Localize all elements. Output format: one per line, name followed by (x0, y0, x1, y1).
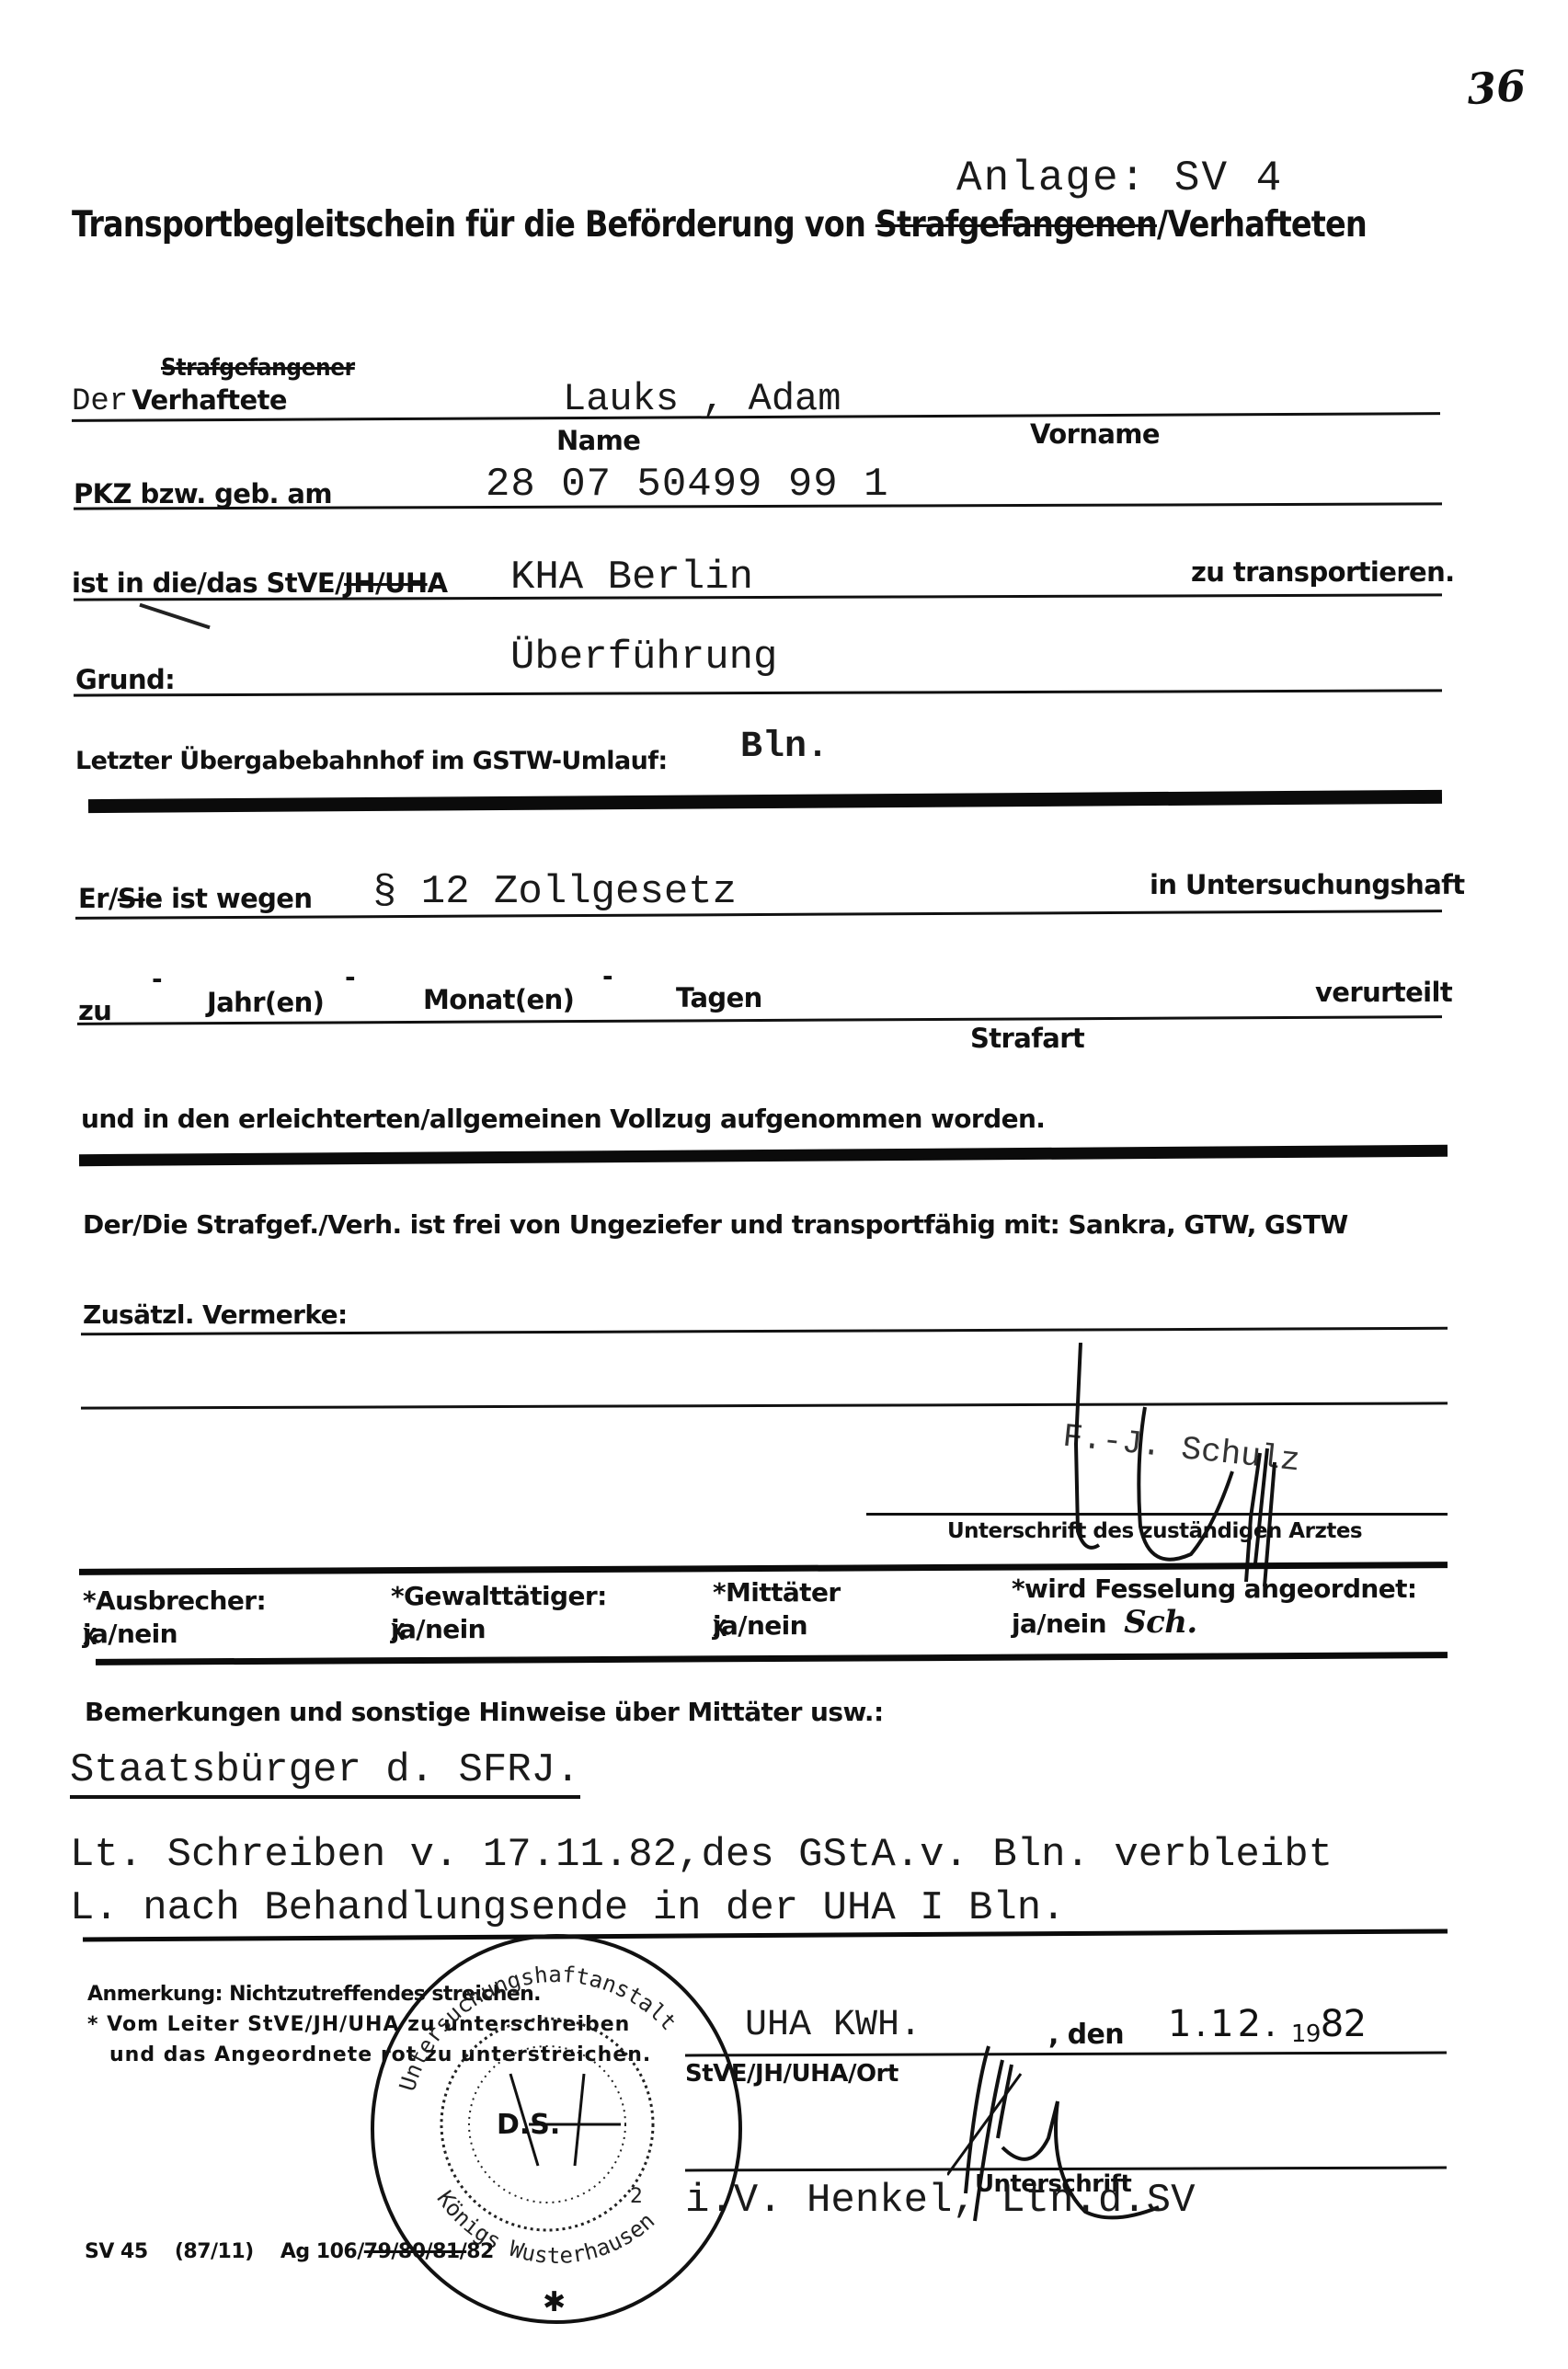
remarks-line-2[interactable]: Lt. Schreiben v. 17.11.82,des GStA.v. Bl… (70, 1832, 1333, 1878)
flag-violent: *Gewalttätiger: ja/nein (391, 1580, 607, 1646)
doctor-caption: Unterschrift des zuständigen Arztes (947, 1519, 1362, 1543)
remarks-line-1[interactable]: Staatsbürger d. SFRJ. (70, 1747, 580, 1799)
sentence-months-value[interactable]: - (345, 962, 355, 992)
flag-violent-label: *Gewalttätiger: (391, 1580, 607, 1613)
destination-label-suffix: A (428, 567, 448, 599)
flag-accomplice-no[interactable]: nein (747, 1610, 807, 1641)
last-station-label: Letzter Übergabebahnhof im GSTW-Umlauf: (75, 747, 668, 775)
firstname-caption: Vorname (1030, 418, 1160, 450)
flag-shackling-label: *wird Fesselung angeordnet: (1012, 1573, 1417, 1606)
title-prefix: Transportbegleitschein für die Beförderu… (72, 204, 876, 246)
pkz-label: PKZ bzw. geb. am (74, 478, 332, 509)
person-label-text: Verhaftete (132, 384, 287, 416)
flag-escape-risk-label: *Ausbrecher: (83, 1585, 266, 1618)
flag-accomplice-yes[interactable]: ja (713, 1609, 738, 1642)
place-date-line (685, 2052, 1447, 2057)
charge-suffix: in Untersuchungshaft (1150, 869, 1464, 900)
footnote-line-1: Anmerkung: Nichtzutreffendes streichen. (87, 1979, 651, 2009)
reason-label: Grund: (75, 664, 175, 695)
reason-line (74, 689, 1442, 696)
remarks-line-3[interactable]: L. nach Behandlungsende in der UHA I Bln… (70, 1885, 1066, 1931)
section-divider-2 (79, 1145, 1448, 1166)
pen-stroke-mark (139, 603, 210, 630)
transport-form-page: 36 Anlage: SV 4 Transportbegleitschein f… (0, 0, 1568, 2369)
regime-text: und in den erleichterten/allgemeinen Vol… (81, 1104, 1045, 1134)
charge-label-suffix: e ist wegen (145, 883, 313, 914)
destination-suffix: zu transportieren. (1191, 556, 1455, 588)
title-struck: Strafgefangenen (876, 204, 1157, 246)
destination-value[interactable]: KHA Berlin (510, 555, 753, 601)
health-text: Der/Die Strafgef./Verh. ist frei von Ung… (83, 1209, 1348, 1240)
form-code-ag: Ag 106/79/80/81/82 (280, 2240, 494, 2263)
charge-label-struck: Si (118, 883, 145, 914)
date-year: 82 (1321, 2003, 1367, 2045)
doctor-stamp-text: F.-J. Schulz (1061, 1418, 1302, 1481)
stamp-center-text: D.S. (497, 2109, 560, 2141)
place-caption: StVE/JH/UHA/Ort (685, 2060, 898, 2088)
section-divider-4 (96, 1652, 1448, 1665)
flag-violent-options[interactable]: ja/nein (391, 1613, 607, 1646)
date-year-prefix: 19 (1291, 2020, 1321, 2048)
person-struck-label: Strafgefangener (161, 354, 355, 382)
date-value[interactable]: 1.12. 1982 (1168, 2003, 1367, 2048)
flag-shackling-yes[interactable]: ja (1012, 1608, 1036, 1639)
additional-notes-label: Zusätzl. Vermerke: (83, 1299, 348, 1330)
last-station-value[interactable]: Bln. (740, 727, 829, 768)
sentence-type-caption: Strafart (970, 1023, 1084, 1054)
form-code: SV 45 (87/11) Ag 106/79/80/81/82 (85, 2240, 494, 2263)
additional-notes-line-2 (81, 1402, 1448, 1409)
flag-shackling: *wird Fesselung angeordnet: ja/nein Sch. (1012, 1573, 1417, 1641)
flag-shackling-initials: Sch. (1124, 1604, 1196, 1641)
sentence-days-value[interactable]: - (602, 961, 612, 991)
flag-escape-risk-yes[interactable]: ja (83, 1618, 108, 1651)
form-code-ag-prefix: Ag 106/ (280, 2240, 364, 2263)
page-title: Transportbegleitschein für die Beförderu… (72, 204, 1367, 246)
footnote-text-1: Nichtzutreffendes streichen. (229, 1983, 541, 2006)
pkz-value[interactable]: 28 07 50499 99 1 (486, 462, 888, 508)
footnote-line-2: * Vom Leiter StVE/JH/UHA zu unterschreib… (87, 2009, 651, 2040)
name-caption: Name (556, 425, 640, 456)
date-den: , den (1048, 2019, 1124, 2051)
form-code-ag-struck: 79/80/81/ (364, 2240, 466, 2263)
title-suffix: /Verhafteten (1157, 204, 1367, 246)
charge-label-prefix: Er/ (78, 883, 118, 914)
place-value[interactable]: UHA KWH. (745, 2005, 921, 2046)
stamp-number: 2 (630, 2185, 643, 2208)
reason-value[interactable]: Überführung (510, 635, 777, 681)
doctor-signature-line (866, 1513, 1448, 1516)
destination-label-struck: JH/UH (344, 567, 427, 599)
footnote-title: Anmerkung: (87, 1983, 223, 2006)
sentence-suffix: verurteilt (1315, 977, 1452, 1008)
flag-shackling-no[interactable]: nein (1046, 1608, 1106, 1639)
charge-value[interactable]: § 12 Zollgesetz (372, 869, 737, 915)
sentence-days-label: Tagen (676, 982, 762, 1013)
footnote-line-3: und das Angeordnete rot zu unterstreiche… (87, 2040, 651, 2070)
sentence-months-label: Monat(en) (423, 984, 574, 1015)
form-code-id: SV 45 (85, 2240, 148, 2263)
form-code-ag-suffix: 82 (466, 2240, 494, 2263)
person-label: Der Verhaftete (72, 384, 287, 419)
form-code-edition: (87/11) (175, 2240, 254, 2263)
flag-escape-risk-options[interactable]: ja/nein (83, 1618, 266, 1651)
destination-label-prefix: ist in die/das StVE/ (72, 567, 344, 599)
destination-label: ist in die/das StVE/JH/UHA (72, 567, 447, 599)
footnote: Anmerkung: Nichtzutreffendes streichen. … (87, 1979, 651, 2070)
section-divider-1 (88, 790, 1442, 813)
flag-escape-risk-no[interactable]: nein (117, 1619, 177, 1649)
flag-violent-yes[interactable]: ja (391, 1613, 416, 1646)
remarks-label: Bemerkungen und sonstige Hinweise über M… (85, 1697, 884, 1727)
svg-text:✱: ✱ (543, 2286, 566, 2318)
annex-label: Anlage: SV 4 (956, 154, 1283, 202)
flag-escape-risk: *Ausbrecher: ja/nein (83, 1585, 266, 1651)
sentence-years-value[interactable]: - (152, 964, 162, 994)
date-day-month: 1.12. (1168, 2003, 1280, 2045)
signature-typed-name: i.V. Henkel, Ltn.d.SV (685, 2178, 1196, 2224)
flag-shackling-options[interactable]: ja/nein Sch. (1012, 1606, 1417, 1641)
flag-accomplice-label: *Mittäter (713, 1576, 841, 1609)
flag-accomplice: *Mittäter ja/nein (713, 1576, 841, 1642)
flag-accomplice-options[interactable]: ja/nein (713, 1609, 841, 1642)
charge-label: Er/Sie ist wegen (78, 883, 312, 914)
page-number: 36 (1465, 61, 1528, 114)
person-label-typed: Der (72, 384, 128, 419)
sentence-years-label: Jahr(en) (207, 987, 324, 1018)
flag-violent-no[interactable]: nein (425, 1614, 486, 1644)
